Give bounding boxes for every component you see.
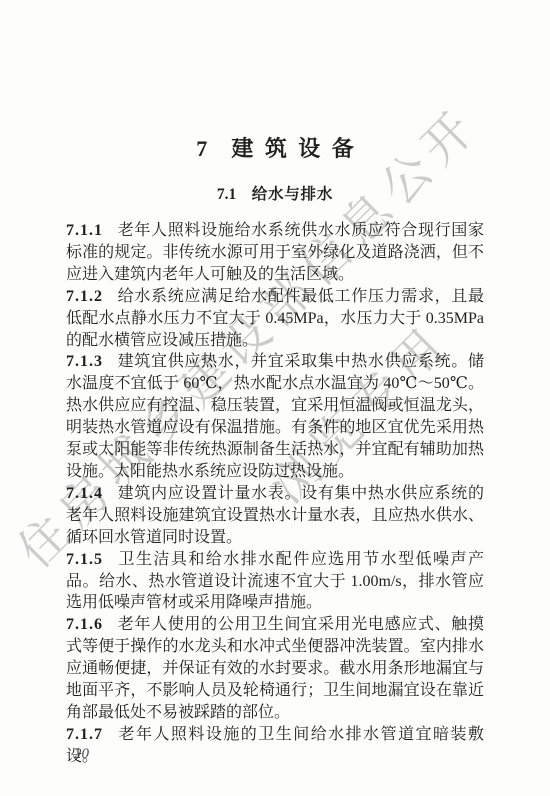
clause-list: 7.1.1老年人照料设施给水系统供水水质应符合现行国家标准的规定。非传统水源可用…: [66, 220, 484, 768]
clause-7-1-4: 7.1.4建筑内应设置计量水表。设有集中热水供应系统的老年人照料设施建筑宜设置热…: [66, 483, 484, 549]
chapter-number: 7: [196, 136, 207, 161]
clause-text: 建筑内应设置计量水表。设有集中热水供应系统的老年人照料设施建筑宜设置热水计量水表…: [66, 485, 484, 546]
chapter-title: 建筑设备: [231, 136, 365, 161]
clause-7-1-7: 7.1.7老年人照料设施的卫生间给水排水管道宜暗装敷设。: [66, 724, 484, 768]
clause-7-1-1: 7.1.1老年人照料设施给水系统供水水质应符合现行国家标准的规定。非传统水源可用…: [66, 220, 484, 286]
clause-number: 7.1.4: [66, 485, 103, 502]
chapter-heading: 7 建筑设备: [66, 136, 484, 162]
clause-number: 7.1.5: [66, 551, 103, 568]
section-number: 7.1: [217, 186, 236, 203]
clause-text: 建筑宜供应热水，并宜采取集中热水供应系统。储水温度不宜低于 60℃，热水配水点水…: [66, 353, 484, 480]
clause-number: 7.1.2: [66, 288, 103, 305]
clause-text: 给水系统应满足给水配件最低工作压力需求，且最低配水点静水压力不宜大于 0.45M…: [66, 288, 484, 349]
clause-number: 7.1.1: [66, 222, 103, 239]
clause-text: 老年人照料设施的卫生间给水排水管道宜暗装敷设。: [66, 726, 484, 765]
page-number: 20: [74, 746, 89, 763]
clause-text: 老年人照料设施给水系统供水水质应符合现行国家标准的规定。非传统水源可用于室外绿化…: [66, 222, 484, 283]
clause-text: 卫生洁具和给水排水配件应选用节水型低噪声产品。给水、热水管道设计流速不宜大于 1…: [66, 551, 484, 612]
clause-7-1-2: 7.1.2给水系统应满足给水配件最低工作压力需求，且最低配水点静水压力不宜大于 …: [66, 286, 484, 352]
clause-number: 7.1.7: [66, 726, 103, 743]
page-content: 7 建筑设备 7.1 给水与排水 7.1.1老年人照料设施给水系统供水水质应符合…: [66, 0, 484, 768]
document-page: 住房城乡建设部信息公开 浏览专用 7 建筑设备 7.1 给水与排水 7.1.1老…: [0, 0, 550, 796]
clause-number: 7.1.6: [66, 616, 103, 633]
clause-7-1-3: 7.1.3建筑宜供应热水，并宜采取集中热水供应系统。储水温度不宜低于 60℃，热…: [66, 351, 484, 482]
section-heading: 7.1 给水与排水: [66, 185, 484, 205]
section-title: 给水与排水: [252, 186, 333, 203]
clause-text: 老年人使用的公用卫生间宜采用光电感应式、触摸式等便于操作的水龙头和水冲式坐便器冲…: [66, 616, 484, 721]
clause-7-1-5: 7.1.5卫生洁具和给水排水配件应选用节水型低噪声产品。给水、热水管道设计流速不…: [66, 549, 484, 615]
clause-7-1-6: 7.1.6老年人使用的公用卫生间宜采用光电感应式、触摸式等便于操作的水龙头和水冲…: [66, 614, 484, 724]
clause-number: 7.1.3: [66, 353, 103, 370]
